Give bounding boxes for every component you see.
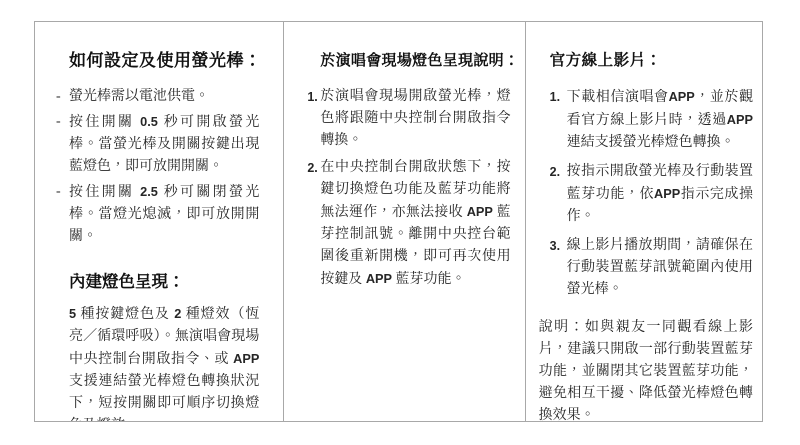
list-item: 1. 於演唱會現場開啟螢光棒，燈色將跟隨中央控制台開啟指令轉換。 [307, 86, 510, 152]
column-title: 官方線上影片： [550, 48, 753, 74]
list-marker: - [56, 111, 61, 133]
list-marker: - [56, 86, 61, 108]
list-item-text: 按住開關 2.5 秒可關閉螢光棒。當燈光熄滅，即可放開開關。 [69, 181, 259, 248]
list-item-text: 螢光棒需以電池供電。 [69, 86, 259, 108]
note-text: 說明：如與親友一同觀看線上影片，建議只開啟一部行動裝置藍芽功能，並關閉其它裝置藍… [539, 317, 753, 421]
list-item: 2. 在中央控制台開啟狀態下，按鍵切換燈色功能及藍芽功能將無法運作，亦無法接收 … [307, 157, 510, 291]
subsection-title: 內建燈色呈現： [69, 268, 259, 292]
list-item: - 按住開關 0.5 秒可開啟螢光棒。當螢光棒及開關按鍵出現藍燈色，即可放開開關… [56, 111, 259, 178]
list-item-text: 按指示開啟螢光棒及行動裝置藍芽功能，依APP指示完成操作。 [567, 161, 753, 228]
list-item: 1. 下載相信演唱會APP，並於觀看官方線上影片時，透過APP連結支援螢光棒燈色… [550, 86, 753, 154]
glow-stick-instructions-table: 如何設定及使用螢光棒： - 螢光棒需以電池供電。 - 按住開關 0.5 秒可開啟… [34, 21, 763, 422]
list-item-text: 線上影片播放期間，請確保在行動裝置藍芽訊號範圍內使用螢光棒。 [567, 235, 753, 301]
list-marker: - [56, 181, 61, 203]
column-how-to-use: 如何設定及使用螢光棒： - 螢光棒需以電池供電。 - 按住開關 0.5 秒可開啟… [35, 22, 283, 421]
list-marker: 3. [550, 235, 560, 257]
column-official-video: 官方線上影片： 1. 下載相信演唱會APP，並於觀看官方線上影片時，透過APP連… [525, 22, 762, 421]
list-item: 3. 線上影片播放期間，請確保在行動裝置藍芽訊號範圍內使用螢光棒。 [550, 235, 753, 301]
column-title: 於演唱會現場燈色呈現說明： [320, 48, 510, 74]
list-marker: 1. [550, 86, 560, 108]
list-item: - 螢光棒需以電池供電。 [56, 86, 259, 108]
column-title: 如何設定及使用螢光棒： [69, 48, 259, 74]
list-item-text: 按住開關 0.5 秒可開啟螢光棒。當螢光棒及開關按鍵出現藍燈色，即可放開開關。 [69, 111, 259, 178]
list-item-text: 下載相信演唱會APP，並於觀看官方線上影片時，透過APP連結支援螢光棒燈色轉換。 [567, 86, 753, 154]
list-item: - 按住開關 2.5 秒可關閉螢光棒。當燈光熄滅，即可放開開關。 [56, 181, 259, 248]
subsection-text: 5 種按鍵燈色及 2 種燈效（恆亮／循環呼吸）。無演唱會現場中央控制台開啟指令、… [69, 303, 259, 421]
instruction-list: - 螢光棒需以電池供電。 - 按住開關 0.5 秒可開啟螢光棒。當螢光棒及開關按… [56, 86, 259, 248]
instruction-list: 1. 下載相信演唱會APP，並於觀看官方線上影片時，透過APP連結支援螢光棒燈色… [550, 86, 753, 301]
list-marker: 2. [307, 157, 317, 179]
list-marker: 2. [550, 161, 560, 183]
list-item: 2. 按指示開啟螢光棒及行動裝置藍芽功能，依APP指示完成操作。 [550, 161, 753, 228]
list-item-text: 在中央控制台開啟狀態下，按鍵切換燈色功能及藍芽功能將無法運作，亦無法接收 APP… [320, 157, 510, 291]
instruction-list: 1. 於演唱會現場開啟螢光棒，燈色將跟隨中央控制台開啟指令轉換。 2. 在中央控… [307, 86, 510, 291]
column-venue-light-display: 於演唱會現場燈色呈現說明： 1. 於演唱會現場開啟螢光棒，燈色將跟隨中央控制台開… [283, 22, 524, 421]
list-marker: 1. [307, 86, 317, 108]
list-item-text: 於演唱會現場開啟螢光棒，燈色將跟隨中央控制台開啟指令轉換。 [320, 86, 510, 152]
